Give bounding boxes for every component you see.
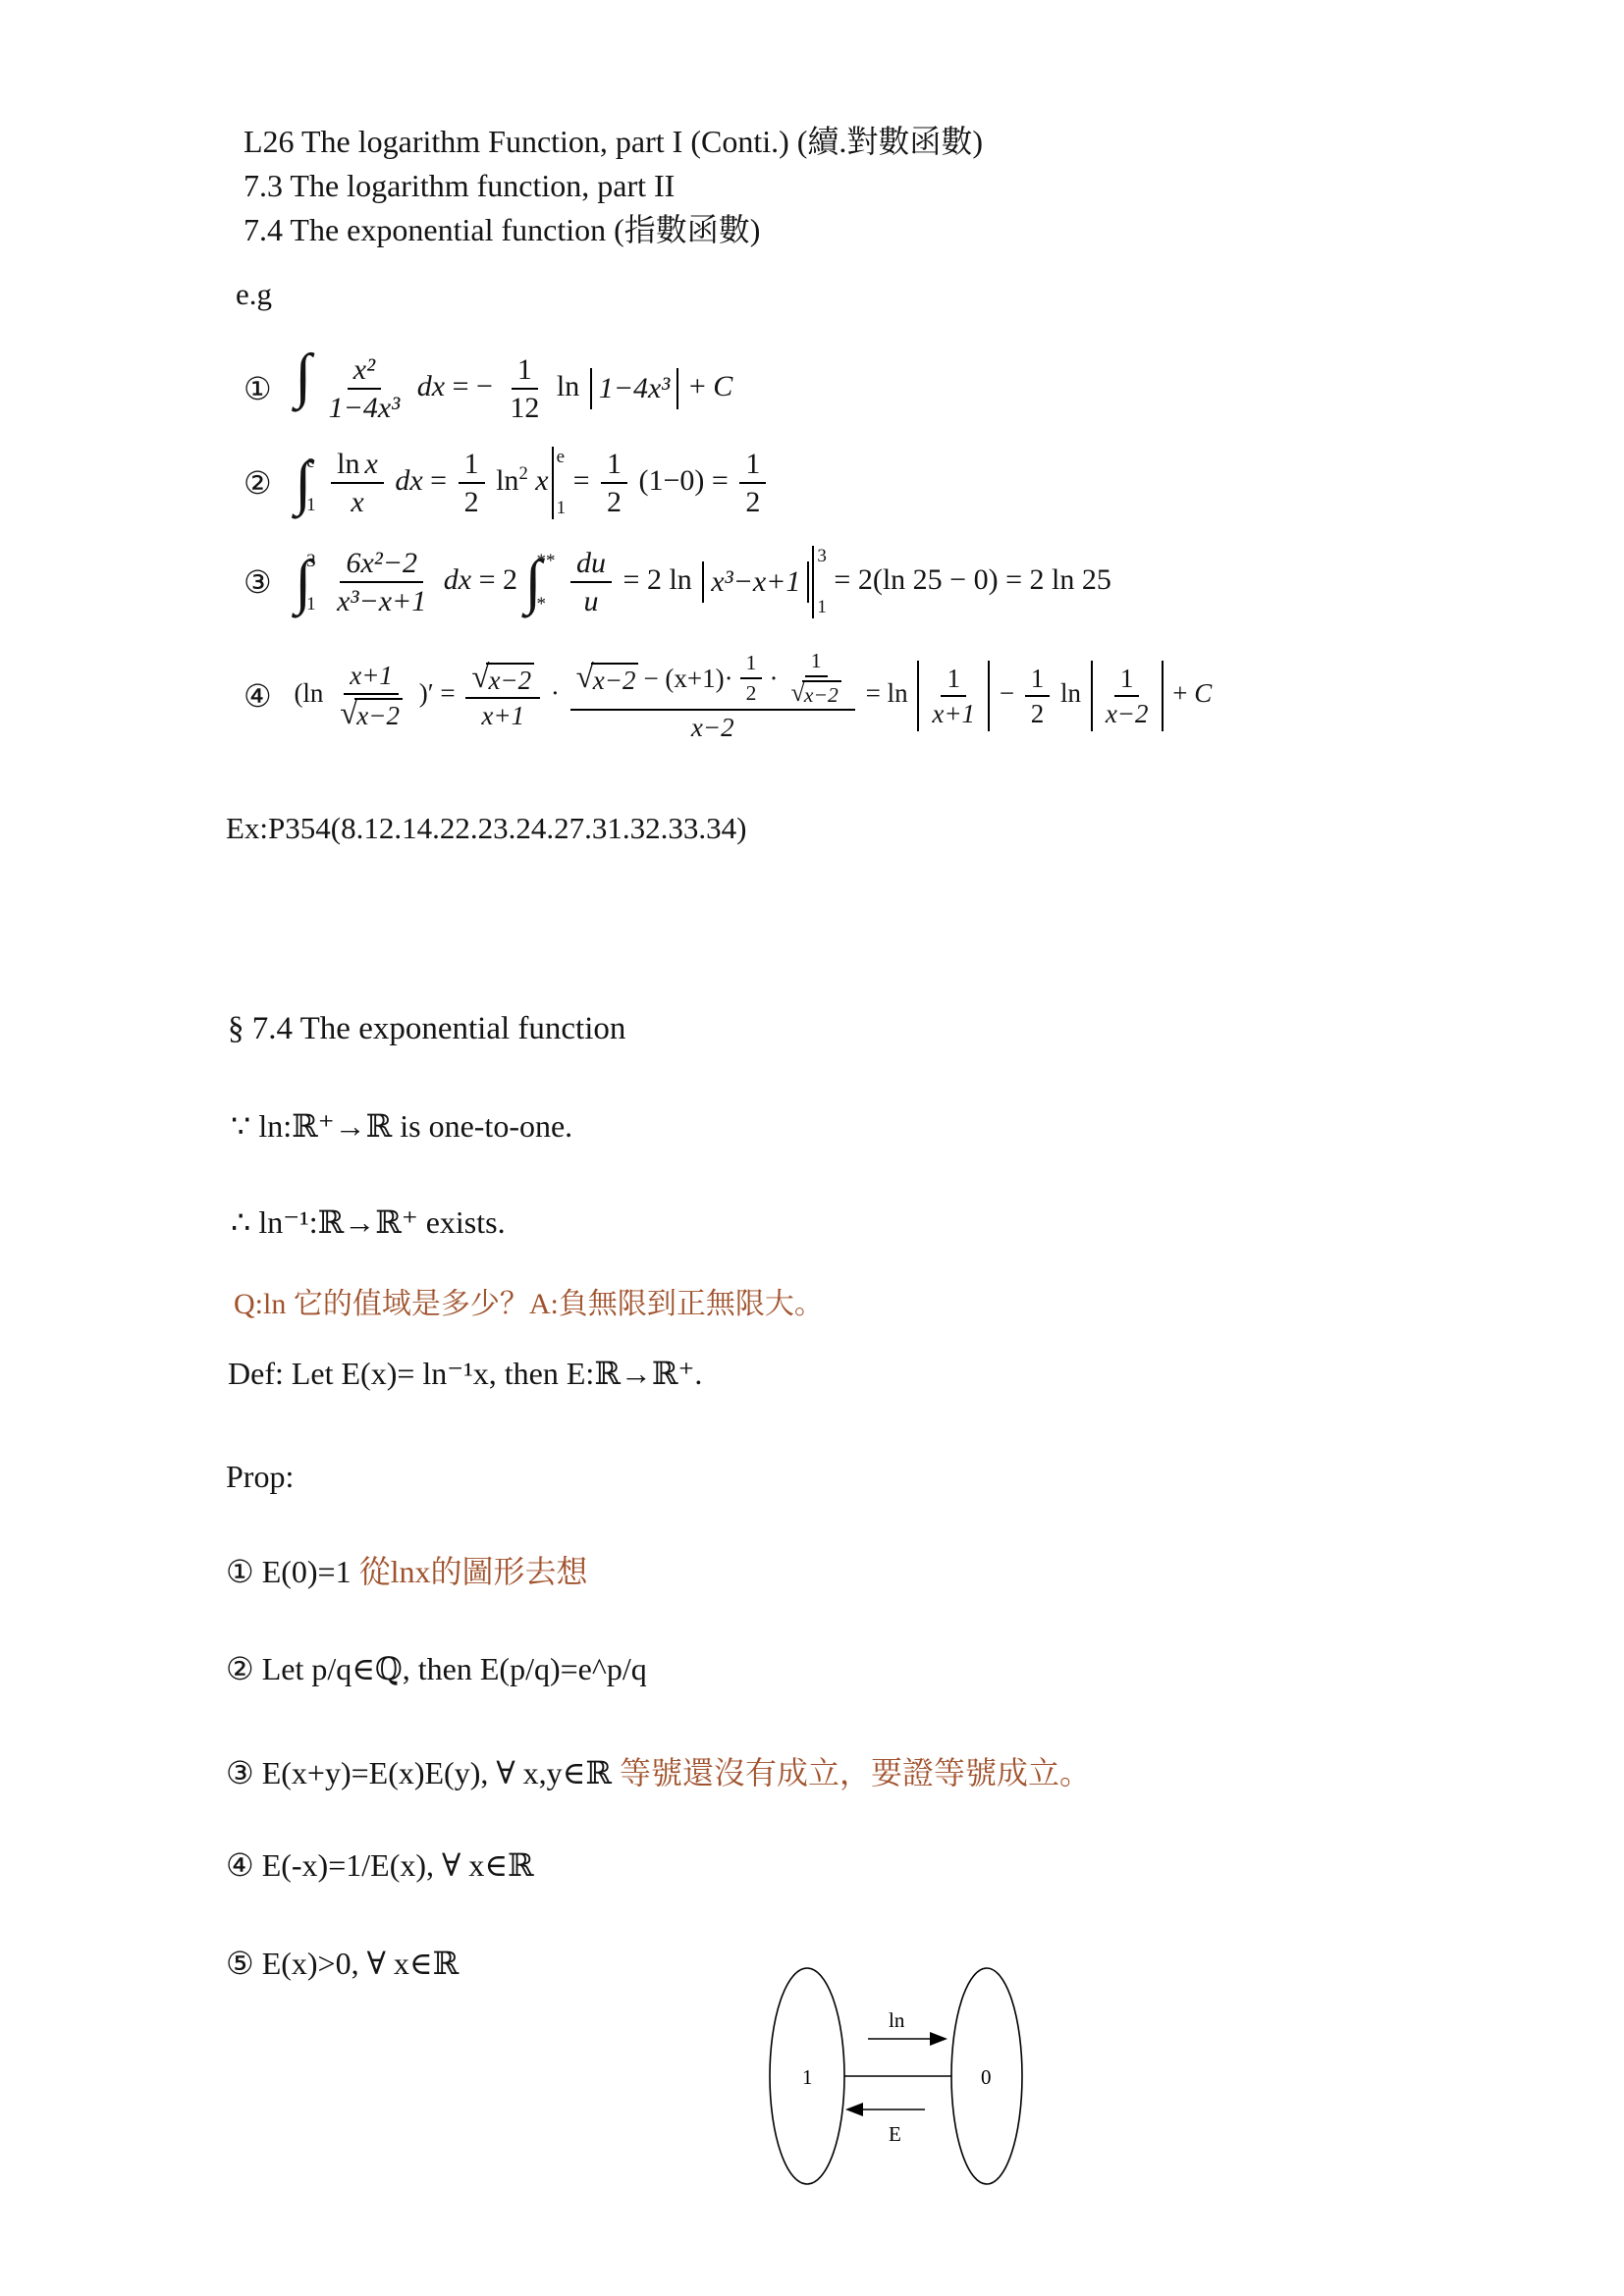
integral-with-bounds: ∫ 31 bbox=[295, 549, 315, 615]
math-token: 1−4x³ bbox=[599, 372, 671, 405]
math-token: (ln bbox=[294, 678, 323, 708]
fraction: x+1 √x−2 bbox=[334, 662, 408, 729]
denominator: 2 bbox=[740, 679, 763, 705]
square-root: √x−2 bbox=[471, 662, 534, 694]
property-5: ⑤ E(x)>0, ∀ x∈ℝ bbox=[226, 1945, 459, 1982]
numerator: √x−2 − (x+1)· 1 2 · 1 √x−2 bbox=[570, 650, 855, 711]
header-block: L26 The logarithm Function, part I (Cont… bbox=[244, 120, 983, 252]
radicand: x−2 bbox=[354, 698, 403, 729]
denominator: x+1 bbox=[475, 699, 530, 729]
fraction: 6x²−2 x³−x+1 bbox=[331, 548, 432, 617]
upper-bound: ** bbox=[537, 551, 556, 572]
denominator: √x−2 bbox=[334, 695, 408, 730]
lower-bound: 1 bbox=[817, 597, 827, 618]
upper-bound: e bbox=[557, 447, 567, 468]
math-token: + bbox=[689, 370, 706, 402]
E-arrowhead-icon bbox=[845, 2103, 863, 2116]
fraction: 1 2 bbox=[601, 449, 627, 518]
denominator: x+1 bbox=[926, 697, 981, 727]
denominator: x bbox=[345, 484, 369, 518]
math-token: x bbox=[365, 449, 378, 480]
fraction: lnx x bbox=[331, 449, 384, 518]
fraction: 1 x−2 bbox=[1100, 665, 1155, 728]
property-3-annotation: 等號還沒有成立，要證等號成立。 bbox=[620, 1755, 1091, 1790]
fraction: 1 2 bbox=[459, 449, 485, 518]
radicand: x−2 bbox=[486, 663, 534, 694]
math-token: = 2 bbox=[479, 563, 517, 596]
fraction: 1 2 bbox=[1025, 665, 1051, 728]
ln-squared-evaluated: ln2 xe1 bbox=[496, 447, 566, 519]
square-root: √x−2 bbox=[576, 662, 639, 694]
numerator: du bbox=[570, 548, 612, 584]
because-statement: ∵ ln:ℝ⁺→ℝ is one-to-one. bbox=[231, 1107, 572, 1145]
numerator: x² bbox=[348, 354, 381, 391]
property-3: ③ E(x+y)=E(x)E(y), ∀ x,y∈ℝ 等號還沒有成立，要證等號成… bbox=[226, 1748, 1091, 1793]
denominator: √x−2 bbox=[785, 677, 846, 707]
denominator: x³−x+1 bbox=[331, 583, 432, 617]
denominator: 2 bbox=[739, 484, 766, 518]
domain-element-label: 1 bbox=[802, 2065, 813, 2089]
fraction: 1 2 bbox=[739, 449, 766, 518]
property-1: ① E(0)=1 從lnx的圖形去想 bbox=[226, 1547, 588, 1592]
math-token: )′ = bbox=[419, 678, 456, 708]
circled-number-1: ① bbox=[244, 370, 272, 407]
fraction: x² 1−4x³ bbox=[323, 354, 406, 424]
absolute-value: 1−4x³ bbox=[590, 368, 679, 409]
property-1-annotation: 從lnx的圖形去想 bbox=[359, 1554, 588, 1589]
integral-with-bounds: ∫ e1 bbox=[295, 450, 315, 516]
math-token: · bbox=[551, 678, 560, 708]
math-token: ln bbox=[557, 370, 579, 402]
denominator: 2 bbox=[1025, 697, 1051, 727]
math-token: ln bbox=[496, 464, 518, 497]
square-root: √x−2 bbox=[790, 680, 840, 707]
evaluation-bar: 31 bbox=[812, 546, 827, 618]
numerator: 1 bbox=[1114, 665, 1140, 697]
ln-arrowhead-icon bbox=[930, 2032, 947, 2046]
fraction: 1 x+1 bbox=[926, 665, 981, 728]
definition-line: Def: Let E(x)= ln⁻¹x, then E:ℝ→ℝ⁺. bbox=[228, 1355, 702, 1392]
integral-sign: ∫ bbox=[295, 343, 311, 409]
numerator: 1 bbox=[601, 449, 627, 485]
E-arrow-label: E bbox=[889, 2122, 901, 2146]
upper-bound: 3 bbox=[306, 551, 316, 572]
numerator: 1 bbox=[512, 354, 538, 391]
eg-label: e.g bbox=[236, 277, 272, 312]
circled-number-2: ② bbox=[244, 464, 272, 502]
codomain-element-label: 0 bbox=[981, 2065, 992, 2089]
property-2: ② Let p/q∈ℚ, then E(p/q)=e^p/q bbox=[226, 1650, 647, 1687]
math-token: = bbox=[712, 464, 729, 497]
example-3: ③ ∫ 31 6x²−2 x³−x+1 dx = 2 ∫ *** du u = … bbox=[244, 546, 1111, 618]
math-token: x³−x+1 bbox=[711, 565, 800, 599]
denominator: x−2 bbox=[685, 711, 740, 741]
numerator: lnx bbox=[331, 449, 384, 485]
math-token: − bbox=[1000, 678, 1014, 708]
exponent: 2 bbox=[518, 463, 527, 484]
lower-bound: * bbox=[537, 594, 556, 615]
math-token: = − bbox=[453, 370, 493, 402]
math-token: = bbox=[430, 464, 447, 497]
abs-with-evaluation: x³−x+131 bbox=[699, 546, 827, 618]
denominator: 2 bbox=[601, 484, 627, 518]
circled-number-4: ④ bbox=[244, 677, 272, 715]
property-3-text: ③ E(x+y)=E(x)E(y), ∀ x,y∈ℝ bbox=[226, 1755, 620, 1790]
math-token: = 2 ln bbox=[623, 563, 692, 596]
numerator: √x−2 bbox=[465, 662, 540, 699]
math-token: dx bbox=[417, 370, 445, 402]
radicand: x−2 bbox=[591, 663, 639, 694]
property-4: ④ E(-x)=1/E(x), ∀ x∈ℝ bbox=[226, 1846, 534, 1884]
property-1-text: ① E(0)=1 bbox=[226, 1554, 359, 1589]
numerator: 1 bbox=[740, 652, 763, 679]
math-token: ln bbox=[1060, 678, 1081, 708]
lower-bound: 1 bbox=[306, 495, 316, 516]
math-token: ln bbox=[337, 449, 359, 480]
header-line-1: L26 The logarithm Function, part I (Cont… bbox=[244, 120, 983, 164]
numerator: 1 bbox=[941, 665, 966, 697]
example-2: ② ∫ e1 lnx x dx = 1 2 ln2 xe1 = 1 2 (1−0… bbox=[244, 447, 770, 519]
fraction: du u bbox=[570, 548, 612, 617]
fraction: 1 12 bbox=[504, 354, 545, 424]
numerator: 1 bbox=[1025, 665, 1051, 697]
math-token: · bbox=[769, 665, 778, 692]
absolute-value: x³−x+1 bbox=[702, 561, 809, 603]
numerator: 1 bbox=[459, 449, 485, 485]
math-token: = ln bbox=[866, 678, 908, 708]
big-fraction: √x−2 − (x+1)· 1 2 · 1 √x−2 x−2 bbox=[570, 650, 855, 742]
math-token: dx bbox=[395, 464, 422, 497]
denominator: 12 bbox=[504, 390, 545, 424]
math-token: (1−0) bbox=[638, 464, 704, 497]
math-token: = 2(ln 25 − 0) = 2 ln 25 bbox=[834, 563, 1110, 596]
upper-bound: 3 bbox=[817, 546, 827, 567]
math-token: C bbox=[1194, 678, 1212, 708]
section-title: § 7.4 The exponential function bbox=[228, 1011, 625, 1047]
prop-label: Prop: bbox=[226, 1459, 294, 1495]
header-line-3: 7.4 The exponential function (指數函數) bbox=[244, 208, 983, 252]
math-token: dx bbox=[444, 563, 471, 596]
numerator: x+1 bbox=[344, 662, 399, 694]
lower-bound: 1 bbox=[306, 594, 316, 615]
math-token: − (x+1)· bbox=[643, 665, 732, 692]
circled-number-3: ③ bbox=[244, 563, 272, 601]
therefore-statement: ∴ ln⁻¹:ℝ→ℝ⁺ exists. bbox=[231, 1203, 506, 1241]
fraction: 1 2 bbox=[740, 652, 763, 704]
math-token: + bbox=[1172, 678, 1187, 708]
example-4: ④ (ln x+1 √x−2 )′ = √x−2 x+1 · √x−2 − (x… bbox=[244, 650, 1212, 742]
absolute-value: 1 x+1 bbox=[917, 661, 990, 732]
fraction: √x−2 x+1 bbox=[465, 662, 540, 729]
math-token: x bbox=[535, 464, 548, 497]
numerator: 1 bbox=[805, 650, 828, 677]
denominator: x−2 bbox=[1100, 697, 1155, 727]
math-token: C bbox=[713, 370, 732, 402]
upper-bound: e bbox=[306, 452, 316, 473]
denominator: u bbox=[578, 583, 605, 617]
header-line-2: 7.3 The logarithm function, part II bbox=[244, 164, 983, 208]
denominator: 2 bbox=[459, 484, 485, 518]
example-1: ① ∫ x² 1−4x³ dx = − 1 12 ln 1−4x³ + C bbox=[244, 346, 732, 424]
numerator: 6x²−2 bbox=[340, 548, 423, 584]
absolute-value: 1 x−2 bbox=[1091, 661, 1164, 732]
exercise-reference: Ex:P354(8.12.14.22.23.24.27.31.32.33.34) bbox=[226, 811, 746, 846]
square-root: √x−2 bbox=[340, 698, 403, 730]
evaluation-bar: e1 bbox=[552, 447, 567, 519]
lower-bound: 1 bbox=[557, 498, 567, 519]
ln-E-mapping-diagram: ln E 1 0 bbox=[753, 1960, 1048, 2196]
ln-arrow-label: ln bbox=[889, 2008, 905, 2032]
math-token: = bbox=[573, 464, 590, 497]
document-page: { "page": { "background": "#ffffff", "te… bbox=[0, 0, 1624, 2296]
fraction: 1 √x−2 bbox=[785, 650, 846, 706]
qa-annotation: Q:ln 它的值域是多少？A:負無限到正無限大。 bbox=[234, 1279, 824, 1322]
numerator: 1 bbox=[739, 449, 766, 485]
radicand: x−2 bbox=[802, 680, 841, 707]
denominator: 1−4x³ bbox=[323, 390, 406, 424]
integral-with-bounds: ∫ *** bbox=[525, 549, 556, 615]
